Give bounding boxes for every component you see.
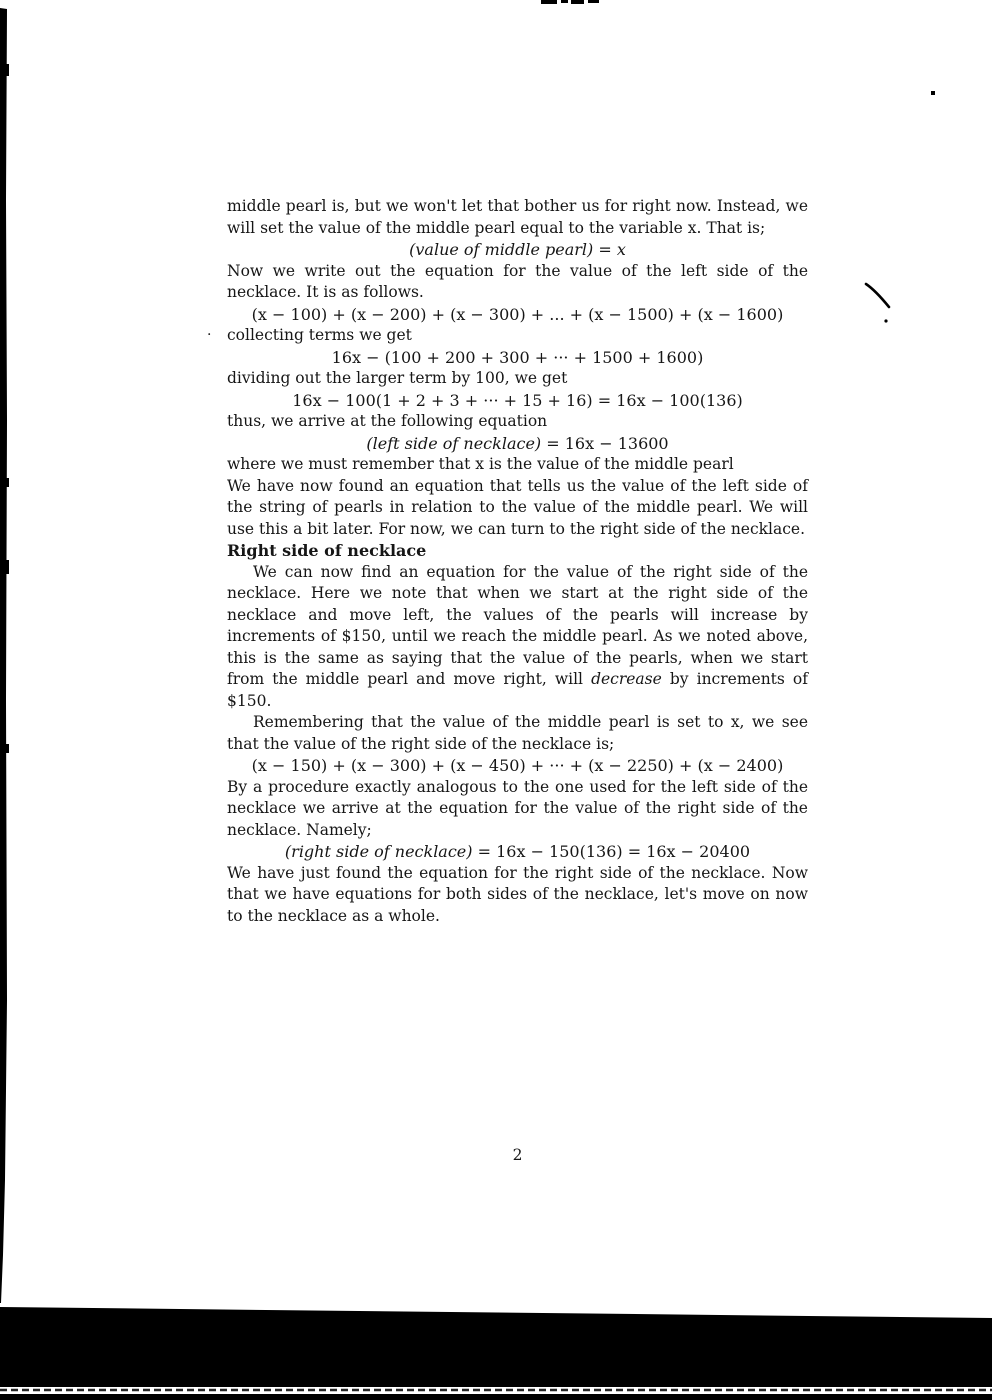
equation-right-side-label: (right side of necklace) — [285, 842, 473, 861]
scanned-document-page: middle pearl is, but we won't let that b… — [0, 0, 992, 1400]
paragraph-remembering: Remembering that the value of the middle… — [227, 712, 808, 755]
paragraph-intro: middle pearl is, but we won't let that b… — [227, 196, 808, 239]
left-bar-notch — [5, 560, 9, 574]
equation-right-side-rest: = 16x − 150(136) = 16x − 20400 — [473, 842, 751, 861]
equation-left-side-rest: = 16x − 13600 — [541, 434, 668, 453]
left-bar-notch — [6, 478, 9, 487]
equation-divided: 16x − 100(1 + 2 + 3 + ··· + 15 + 16) = 1… — [227, 390, 808, 412]
equation-left-side-label: (left side of necklace) — [366, 434, 541, 453]
bottom-scan-band — [0, 1307, 992, 1387]
equation-middle-pearl: (value of middle pearl) = x — [227, 239, 808, 261]
equation-collected: 16x − (100 + 200 + 300 + ··· + 1500 + 16… — [227, 347, 808, 369]
paragraph-now-write: Now we write out the equation for the va… — [227, 261, 808, 304]
left-bar-notch — [6, 744, 9, 753]
equation-right-expanded: (x − 150) + (x − 300) + (x − 450) + ··· … — [227, 755, 808, 777]
section-heading-right-side: Right side of necklace — [227, 540, 808, 562]
left-bar-notch — [6, 64, 9, 76]
line-collecting-terms: ·collecting terms we get — [227, 325, 808, 347]
equation-left-expanded: (x − 100) + (x − 200) + (x − 300) + ... … — [227, 304, 808, 326]
paragraph-found-left: We have now found an equation that tells… — [227, 476, 808, 541]
line-collecting-text: collecting terms we get — [227, 326, 412, 344]
equation-right-side-result: (right side of necklace) = 16x − 150(136… — [227, 841, 808, 863]
paragraph-right-side: We can now find an equation for the valu… — [227, 562, 808, 713]
paragraph-right-emphasis: decrease — [591, 670, 662, 688]
top-edge-dashes — [541, 0, 599, 4]
left-edge-scan-bar — [0, 8, 7, 1303]
line-where-remember: where we must remember that x is the val… — [227, 454, 808, 476]
line-dividing: dividing out the larger term by 100, we … — [227, 368, 808, 390]
stray-ink-dot: · — [207, 325, 211, 347]
paragraph-just-found: We have just found the equation for the … — [227, 863, 808, 928]
pen-mark-dot — [884, 319, 887, 322]
line-thus: thus, we arrive at the following equatio… — [227, 411, 808, 433]
bottom-edge-strip — [0, 1394, 992, 1400]
equation-left-side-result: (left side of necklace) = 16x − 13600 — [227, 433, 808, 455]
pen-mark — [866, 284, 889, 307]
paragraph-procedure: By a procedure exactly analogous to the … — [227, 777, 808, 842]
document-body: middle pearl is, but we won't let that b… — [227, 196, 808, 927]
page-number: 2 — [227, 1146, 808, 1164]
ink-speck — [931, 91, 935, 95]
